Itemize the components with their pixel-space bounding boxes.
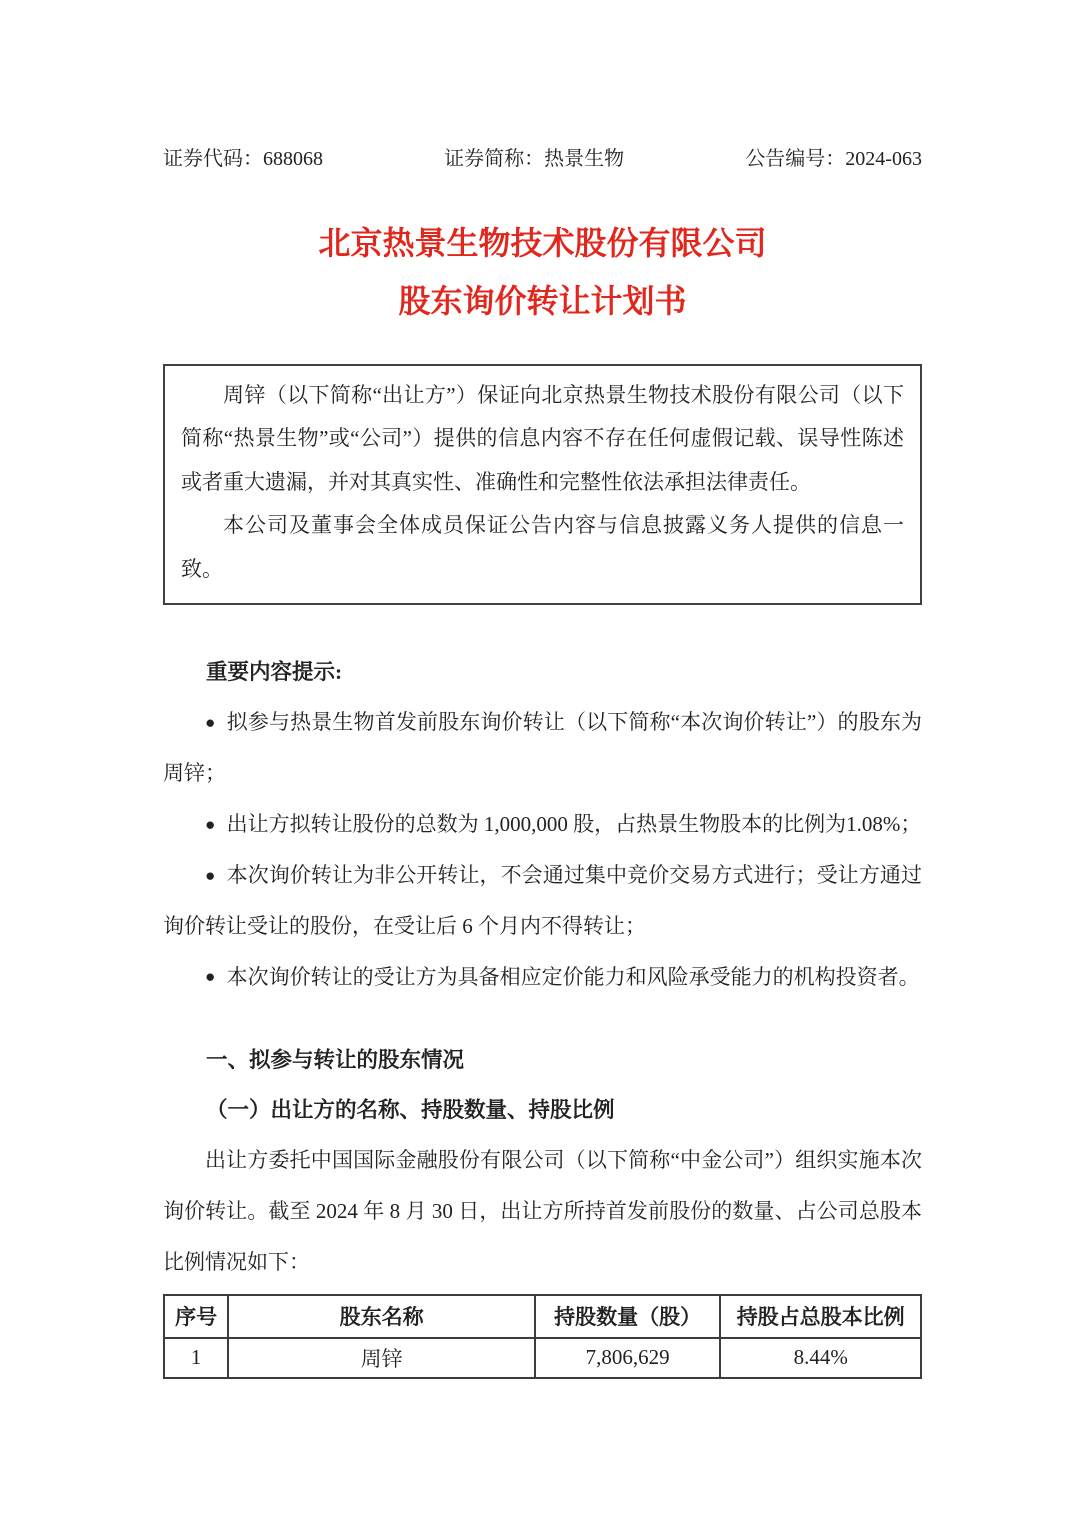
bullet-text-4: 本次询价转让的受让方为具备相应定价能力和风险承受能力的机构投资者。: [227, 965, 920, 989]
important-notice-heading: 重要内容提示:: [163, 657, 922, 687]
table-header-share-ratio: 持股占总股本比例: [720, 1295, 921, 1338]
document-header: 证券代码：688068 证券简称：热景生物 公告编号：2024-063: [163, 146, 922, 172]
bullet-dot-icon: ●: [205, 967, 215, 986]
section-1-subheading: （一）出让方的名称、持股数量、持股比例: [163, 1086, 922, 1135]
table-header-index: 序号: [164, 1295, 228, 1338]
title-line-1: 北京热景生物技术股份有限公司: [163, 214, 922, 272]
page-title: 北京热景生物技术股份有限公司 股东询价转让计划书: [163, 214, 922, 330]
table-cell-holder-name: 周锌: [228, 1338, 535, 1378]
statement-paragraph-2: 本公司及董事会全体成员保证公告内容与信息披露义务人提供的信息一致。: [181, 504, 904, 591]
table-header-row: 序号 股东名称 持股数量（股） 持股占总股本比例: [164, 1295, 921, 1338]
section-1-heading: 一、拟参与转让的股东情况: [163, 1036, 922, 1085]
table-cell-index: 1: [164, 1338, 228, 1378]
title-line-2: 股东询价转让计划书: [163, 272, 922, 330]
section-1-paragraph: 出让方委托中国国际金融股份有限公司（以下简称“中金公司”）组织实施本次询价转让。…: [163, 1135, 922, 1287]
bullet-dot-icon: ●: [205, 815, 215, 834]
holders-table: 序号 股东名称 持股数量（股） 持股占总股本比例 1 周锌 7,806,629 …: [163, 1294, 922, 1379]
bullet-item-3: ●本次询价转让为非公开转让，不会通过集中竞价交易方式进行；受让方通过询价转让受让…: [163, 850, 922, 952]
statement-box: 周锌（以下简称“出让方”）保证向北京热景生物技术股份有限公司（以下简称“热景生物…: [163, 364, 922, 605]
table-header-share-count: 持股数量（股）: [535, 1295, 720, 1338]
bullet-text-3: 本次询价转让为非公开转让，不会通过集中竞价交易方式进行；受让方通过询价转让受让的…: [163, 863, 922, 938]
bullet-item-2: ●出让方拟转让股份的总数为 1,000,000 股，占热景生物股本的比例为1.0…: [163, 799, 922, 850]
announcement-document: 证券代码：688068 证券简称：热景生物 公告编号：2024-063 北京热景…: [0, 0, 1080, 1527]
bullet-dot-icon: ●: [205, 713, 216, 732]
table-row: 1 周锌 7,806,629 8.44%: [164, 1338, 921, 1378]
stock-code-text: 证券代码：688068: [163, 146, 323, 172]
important-notice-bullet-list: ●拟参与热景生物首发前股东询价转让（以下简称“本次询价转让”）的股东为周锌； ●…: [163, 697, 922, 1002]
bullet-item-1: ●拟参与热景生物首发前股东询价转让（以下简称“本次询价转让”）的股东为周锌；: [163, 697, 922, 799]
bullet-dot-icon: ●: [205, 866, 215, 885]
stock-name-text: 证券简称：热景生物: [444, 146, 624, 172]
bullet-text-2: 出让方拟转让股份的总数为 1,000,000 股，占热景生物股本的比例为1.08…: [227, 812, 922, 836]
table-header-holder-name: 股东名称: [228, 1295, 535, 1338]
statement-paragraph-1: 周锌（以下简称“出让方”）保证向北京热景生物技术股份有限公司（以下简称“热景生物…: [181, 374, 904, 504]
table-cell-share-count: 7,806,629: [535, 1338, 720, 1378]
table-cell-share-ratio: 8.44%: [720, 1338, 921, 1378]
bullet-item-4: ●本次询价转让的受让方为具备相应定价能力和风险承受能力的机构投资者。: [163, 952, 922, 1003]
announcement-no-text: 公告编号：2024-063: [745, 146, 922, 172]
bullet-text-1: 拟参与热景生物首发前股东询价转让（以下简称“本次询价转让”）的股东为周锌；: [163, 710, 922, 785]
